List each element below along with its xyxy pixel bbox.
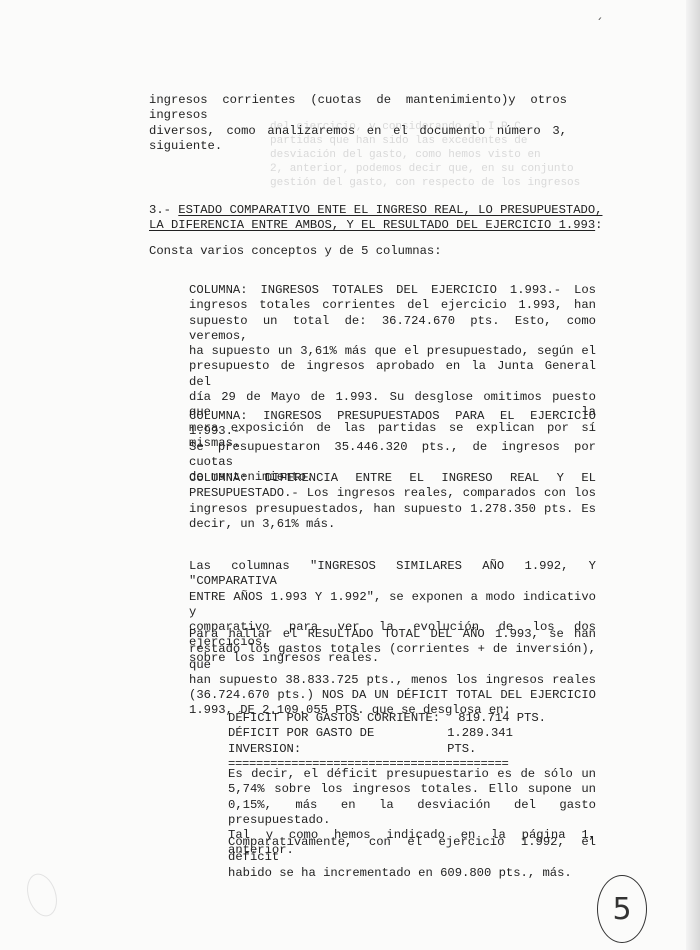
resultado-total: Para hallar el RESULTADO TOTAL DEL AÑO 1… (189, 627, 596, 719)
comparison-1992: Comparativamente, con el ejercicio 1.992… (228, 835, 596, 881)
page-number: 5 (597, 875, 647, 943)
faint-stamp (22, 870, 62, 920)
column-diferencia: COLUMNA: DIFERENCIA ENTRE EL INGRESO REA… (189, 471, 596, 532)
deficit-breakdown: DÉFICIT POR GASTOS CORRIENTE: 819.714 PT… (228, 711, 558, 772)
deficit-row-inversion: DÉFICIT POR GASTO DE INVERSION: 1.289.34… (228, 726, 546, 757)
columns-intro: Consta varios conceptos y de 5 columnas: (149, 244, 569, 259)
intro-paragraph: ingresos corrientes (cuotas de mantenimi… (149, 93, 567, 154)
scan-edge (686, 0, 700, 950)
corner-mark: ˏ (596, 6, 603, 21)
section-heading: 3.- ESTADO COMPARATIVO ENTE EL INGRESO R… (149, 203, 569, 234)
deficit-row-corriente: DÉFICIT POR GASTOS CORRIENTE: 819.714 PT… (228, 711, 546, 726)
